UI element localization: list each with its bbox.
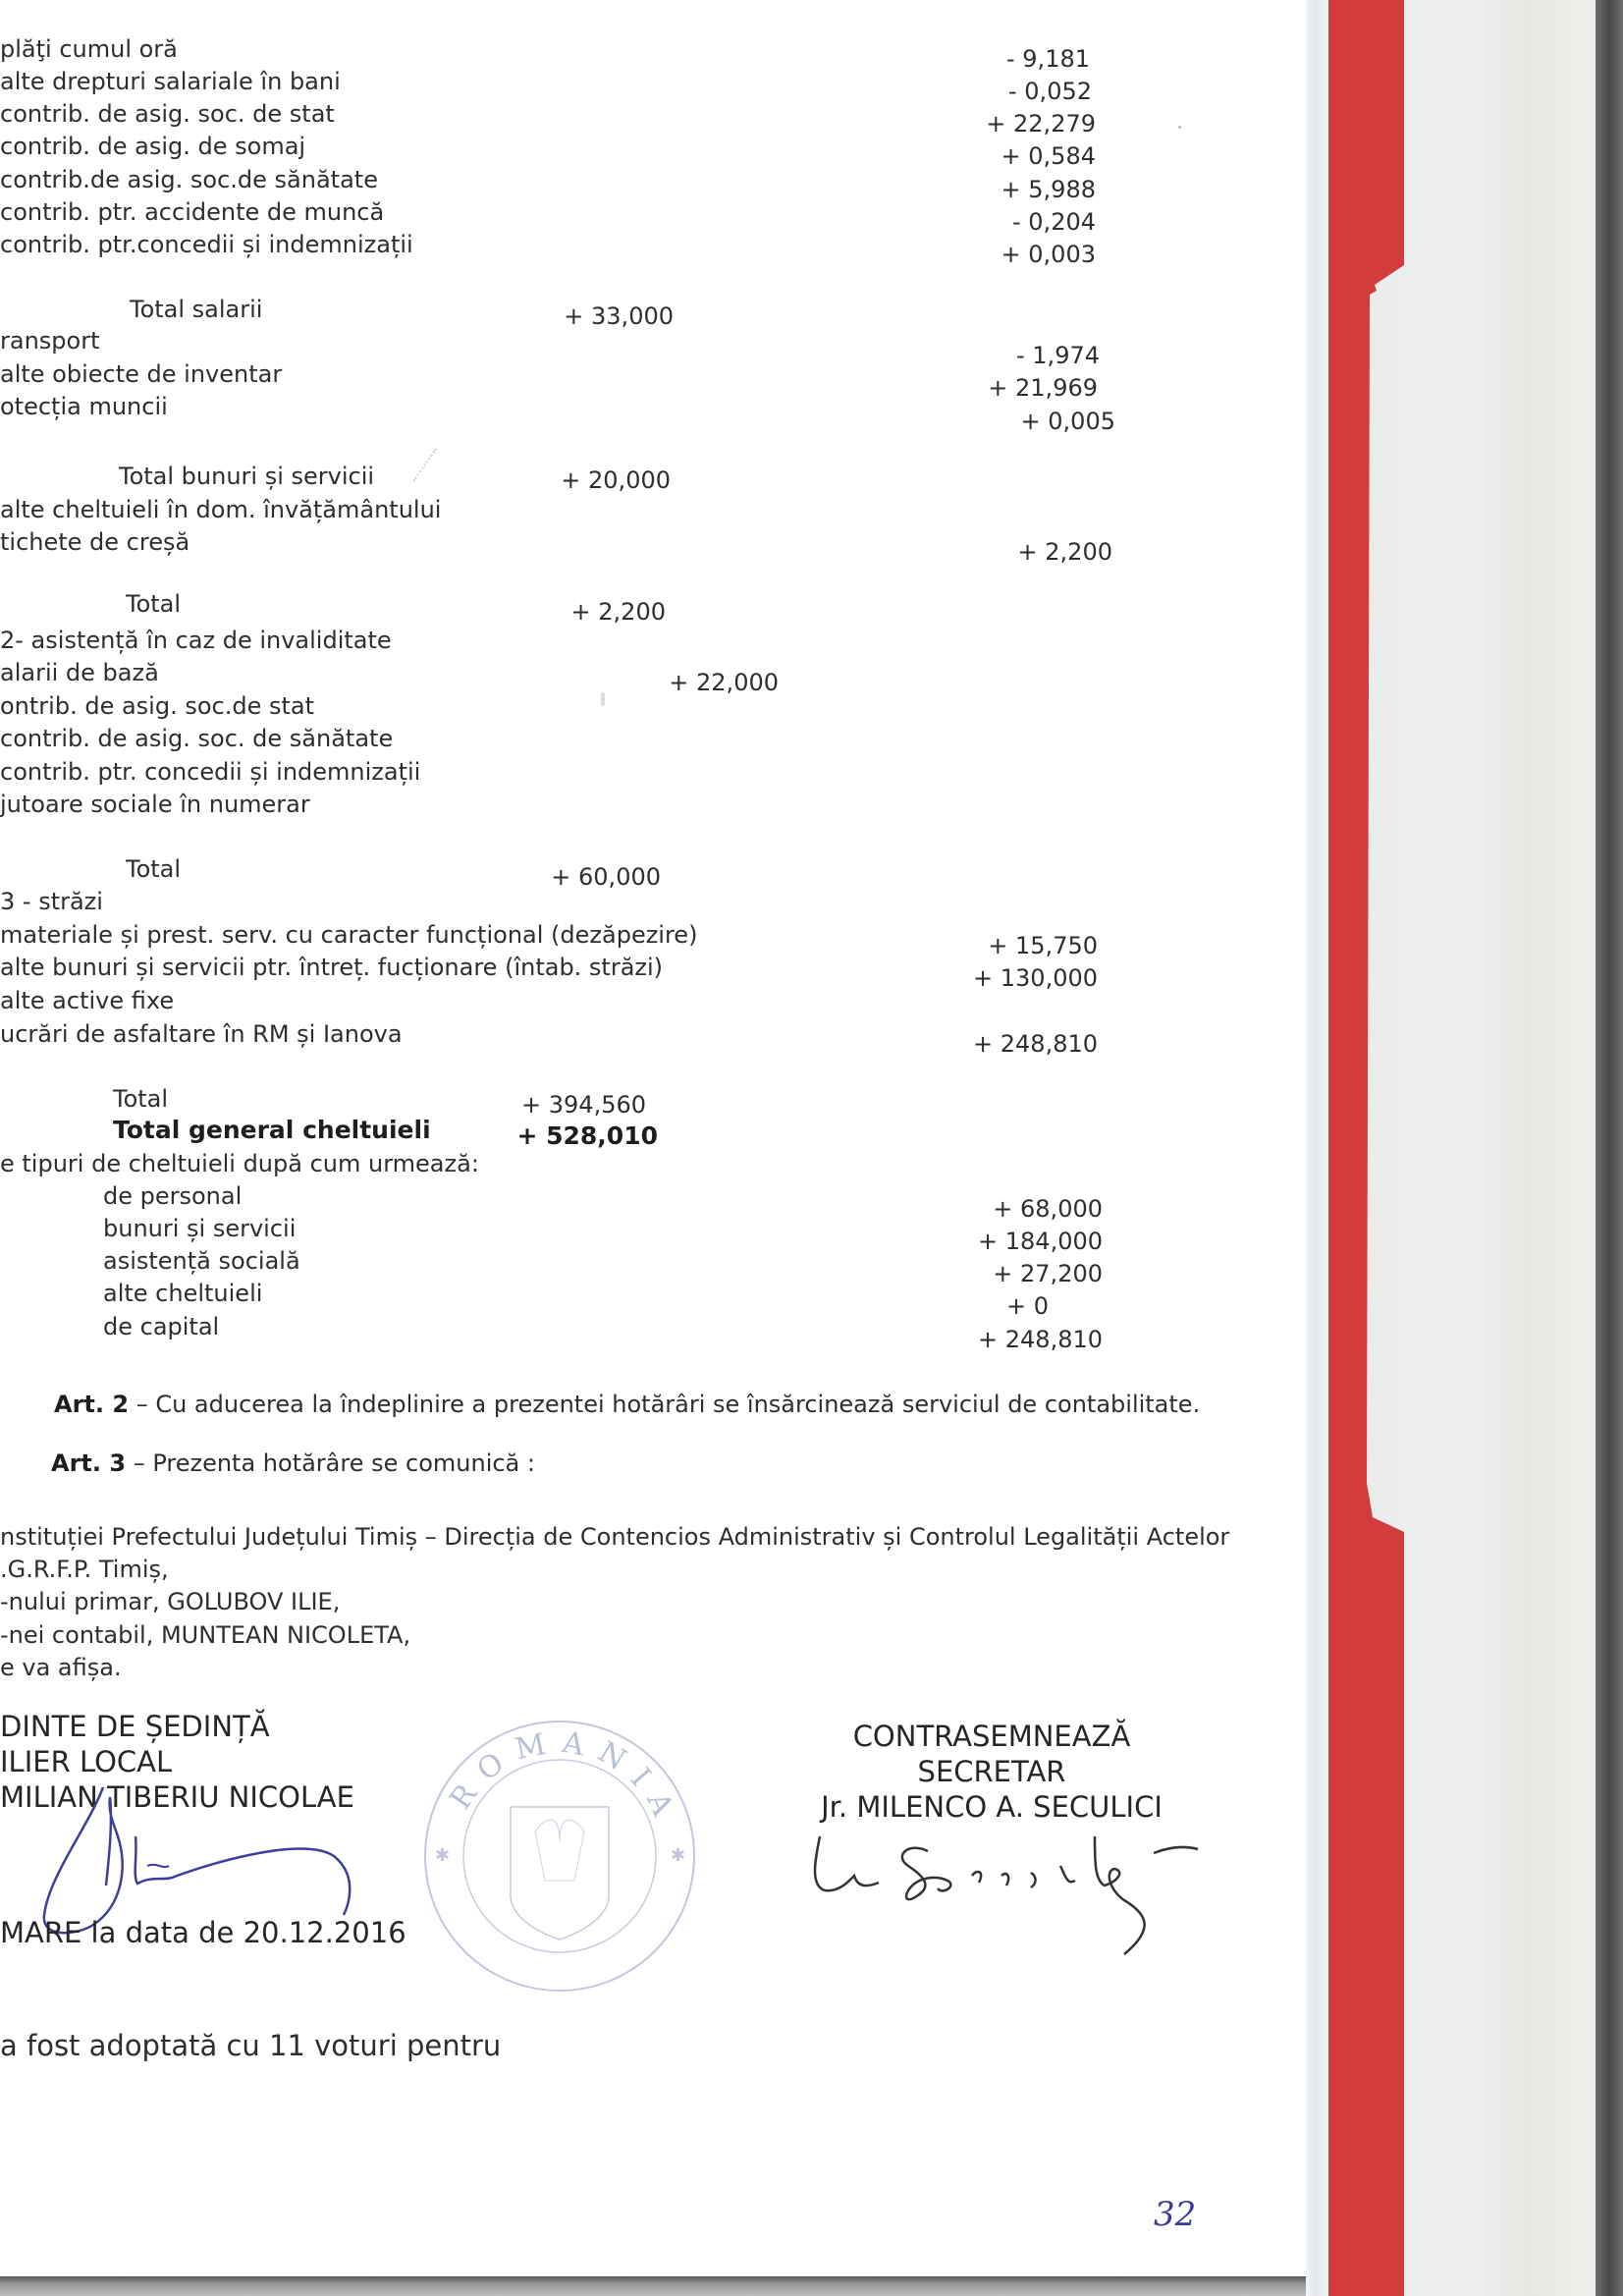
- total-education-label: Total: [126, 589, 181, 619]
- list-item-value: + 248,810: [887, 1325, 1103, 1354]
- binder-edge: [1306, 0, 1623, 2296]
- scan-speck: [1178, 126, 1181, 129]
- line-label: contrib. de asig. de somaj: [0, 132, 305, 161]
- page-number: 32: [1154, 2195, 1196, 2234]
- line-label: alarii de bază: [0, 658, 159, 687]
- line-label: alte drepturi salariale în bani: [0, 67, 341, 96]
- recipient-item: nstituției Prefectului Județului Timiș –…: [0, 1522, 1229, 1552]
- list-item: bunuri și servicii: [103, 1214, 296, 1243]
- list-item: asistență socială: [103, 1246, 300, 1276]
- line-label: jutoare sociale în numerar: [0, 790, 310, 819]
- section-header: 3 - străzi: [0, 887, 103, 916]
- line-value: + 130,000: [882, 963, 1098, 993]
- article-2-title: Art. 2: [54, 1391, 129, 1418]
- article-2-text: – Cu aducerea la îndeplinire a prezentei…: [129, 1391, 1200, 1418]
- section-header: 2- asistență în caz de invaliditate: [0, 626, 392, 655]
- line-value: - 0,052: [895, 77, 1092, 106]
- recipient-item: -nei contabil, MUNTEAN NICOLETA,: [0, 1620, 410, 1650]
- signatory-title: DINTE DE ȘEDINȚĂ: [0, 1709, 270, 1744]
- article-3-text: – Prezenta hotărâre se comunică :: [126, 1449, 535, 1477]
- total-education-value: + 2,200: [469, 597, 666, 627]
- line-label: contrib. de asig. soc. de stat: [0, 99, 335, 129]
- list-item: alte cheltuieli: [103, 1279, 262, 1308]
- total-bunuri-value: + 20,000: [474, 465, 671, 495]
- page-bottom-shadow: [0, 2276, 1321, 2296]
- line-label: materiale și prest. serv. cu caracter fu…: [0, 920, 697, 950]
- adoption-note: a fost adoptată cu 11 voturi pentru: [0, 2028, 501, 2063]
- line-label: alte obiecte de inventar: [0, 359, 282, 389]
- total-salarii-label: Total salarii: [130, 295, 262, 324]
- line-label: contrib. de asig. soc. de sănătate: [0, 724, 393, 753]
- total-assistance-value: + 60,000: [464, 862, 661, 892]
- list-item: de capital: [103, 1312, 219, 1341]
- line-value: - 1,974: [903, 341, 1100, 370]
- recipient-item: e va afișa.: [0, 1653, 122, 1682]
- line-label: contrib. ptr. concedii și indemnizații: [0, 757, 420, 787]
- line-value: + 2,200: [916, 537, 1112, 567]
- line-label: contrib. ptr.concedii și indemnizații: [0, 230, 413, 259]
- line-value: + 248,810: [882, 1029, 1098, 1059]
- official-stamp-icon: ROMANIA ✱ ✱: [417, 1714, 702, 1998]
- list-item: de personal: [103, 1181, 242, 1211]
- scan-speck: [601, 692, 605, 706]
- total-general-value: + 528,010: [442, 1121, 658, 1151]
- total-streets-label: Total: [113, 1084, 168, 1114]
- line-value: + 0,584: [899, 141, 1096, 171]
- article-3: Art. 3 – Prezenta hotărâre se comunică :: [51, 1449, 535, 1478]
- binder-spine: [1596, 0, 1623, 2296]
- line-label: ucrări de asfaltare în RM și Ianova: [0, 1019, 403, 1049]
- total-bunuri-label: Total bunuri și servicii: [119, 462, 374, 491]
- line-label: alte cheltuieli în dom. învățământului: [0, 495, 441, 524]
- line-value: + 22,000: [582, 668, 779, 697]
- right-signature-icon: [810, 1831, 1222, 1979]
- article-2: Art. 2 – Cu aducerea la îndeplinire a pr…: [54, 1390, 1200, 1419]
- svg-text:✱: ✱: [671, 1845, 685, 1866]
- recipient-item: .G.R.F.P. Timiș,: [0, 1555, 169, 1584]
- line-label: tichete de creșă: [0, 527, 189, 557]
- line-label: otecția muncii: [0, 392, 168, 421]
- line-label: alte bunuri și servicii ptr. întreț. fuc…: [0, 953, 663, 982]
- line-value: + 0,005: [919, 407, 1115, 436]
- line-value: + 15,750: [901, 931, 1098, 960]
- total-assistance-label: Total: [126, 854, 181, 884]
- line-label: contrib.de asig. soc.de sănătate: [0, 165, 378, 194]
- line-label: plăţi cumul oră: [0, 34, 178, 64]
- signatory-name: Jr. MILENCO A. SECULICI: [805, 1789, 1178, 1825]
- line-value: + 22,279: [880, 109, 1096, 138]
- line-value: + 5,988: [899, 175, 1096, 204]
- line-value: - 0,204: [899, 207, 1096, 237]
- line-label: ontrib. de asig. soc.de stat: [0, 691, 314, 721]
- line-value: - 9,181: [893, 44, 1090, 74]
- svg-text:✱: ✱: [435, 1845, 450, 1866]
- line-label: ransport: [0, 326, 99, 355]
- recipient-item: -nului primar, GOLUBOV ILIE,: [0, 1587, 340, 1616]
- list-item-value: + 0: [852, 1291, 1049, 1321]
- document-page: plăţi cumul oră - 9,181 alte drepturi sa…: [0, 0, 1314, 2280]
- expense-types-intro: e tipuri de cheltuieli după cum urmează:: [0, 1149, 479, 1178]
- line-value: + 0,003: [899, 240, 1096, 269]
- line-label: alte active fixe: [0, 986, 174, 1015]
- signatory-role: SECRETAR: [805, 1754, 1178, 1789]
- total-salarii-value: + 33,000: [477, 301, 674, 331]
- article-3-title: Art. 3: [51, 1449, 126, 1477]
- list-item-value: + 27,200: [906, 1259, 1103, 1288]
- total-general-label: Total general cheltuieli: [113, 1116, 431, 1145]
- binder-red-divider: [1306, 0, 1623, 2296]
- svg-text:ROMANIA: ROMANIA: [444, 1724, 685, 1833]
- place-date: MARE la data de 20.12.2016: [0, 1915, 406, 1950]
- list-item-value: + 68,000: [906, 1194, 1103, 1224]
- line-value: + 21,969: [901, 373, 1098, 403]
- line-label: contrib. ptr. accidente de muncă: [0, 197, 384, 227]
- signatory-title: CONTRASEMNEAZĂ: [805, 1719, 1178, 1754]
- total-streets-value: + 394,560: [450, 1090, 646, 1120]
- list-item-value: + 184,000: [906, 1227, 1103, 1256]
